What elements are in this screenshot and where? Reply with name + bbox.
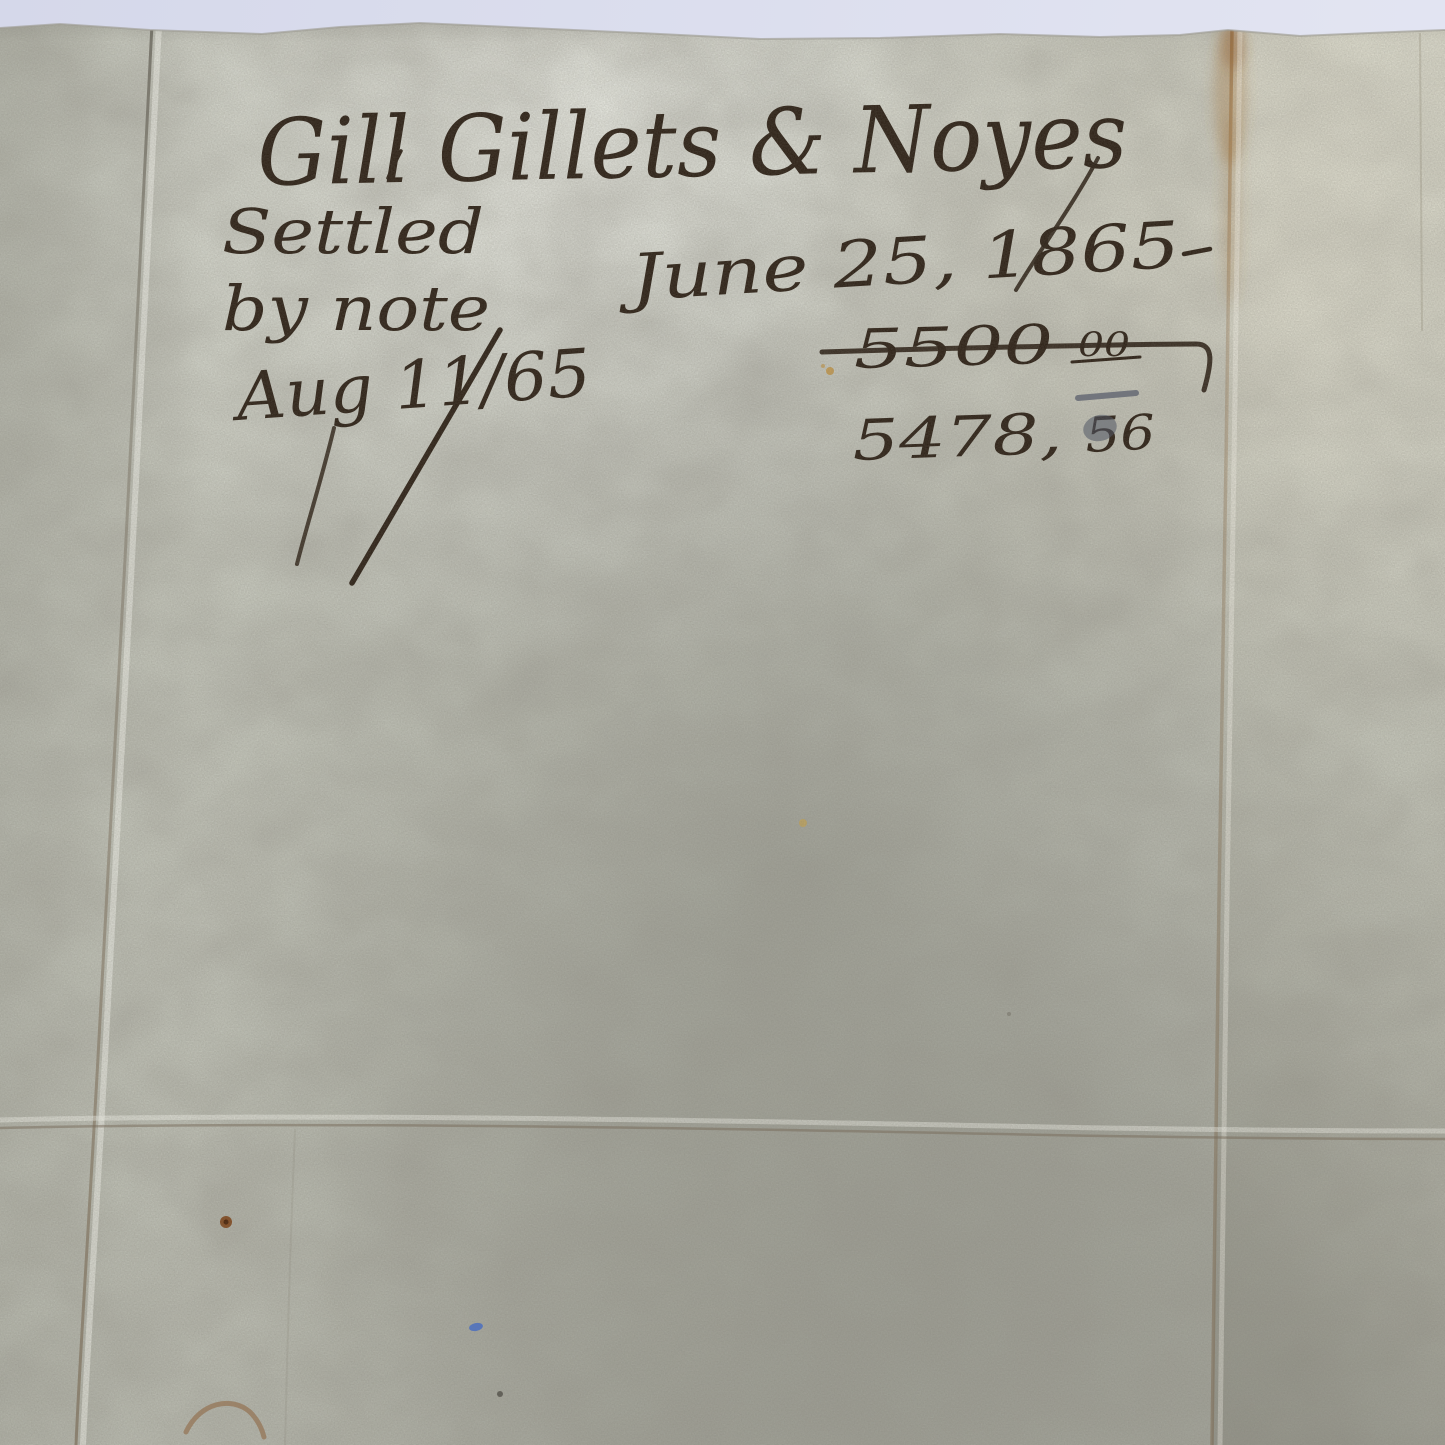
paper-sheet: Gill Gillets & Noyes Settled by note Aug…	[0, 0, 1445, 1445]
paper-grain-texture	[0, 0, 1445, 1445]
document-render: Gill Gillets & Noyes Settled by note Aug…	[0, 0, 1445, 1445]
document-photo: Gill Gillets & Noyes Settled by note Aug…	[0, 0, 1445, 1445]
